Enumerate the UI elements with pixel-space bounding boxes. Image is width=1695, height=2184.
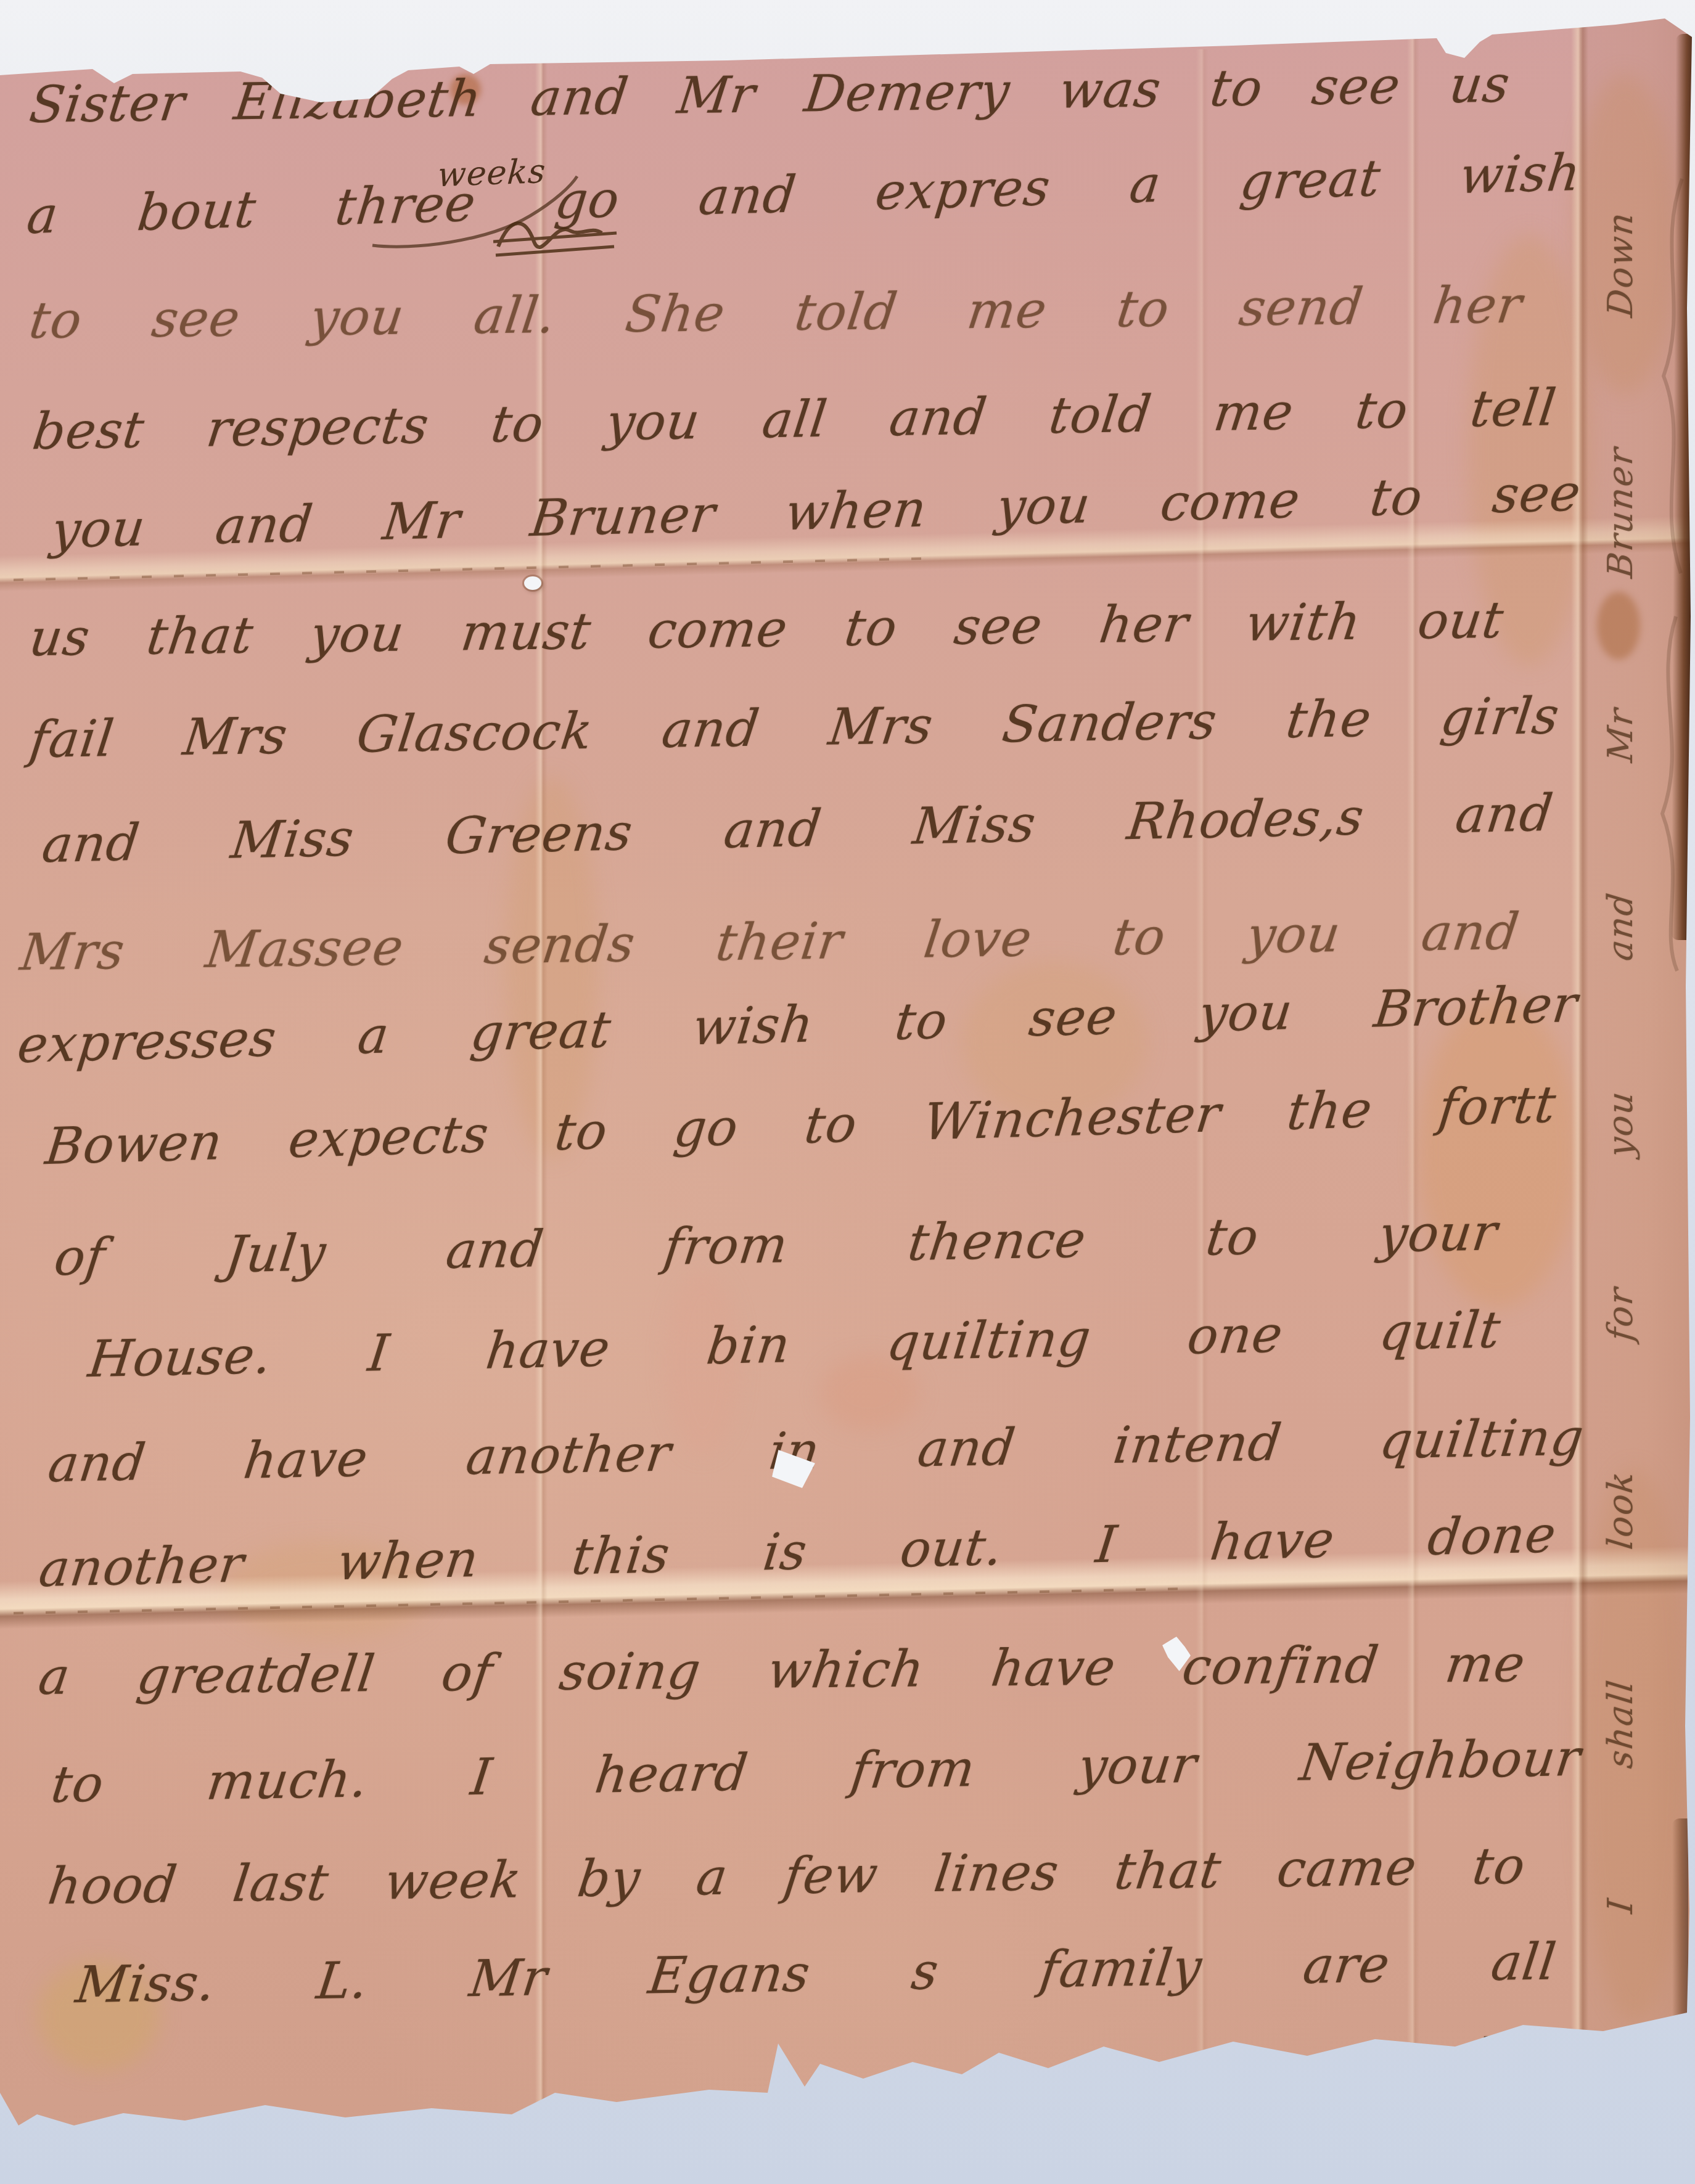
handwritten-line: fail Mrs Glascock and Mrs Sanders the gi…: [26, 685, 1562, 772]
handwritten-line: to see you all. She told me to send her: [26, 274, 1526, 353]
handwritten-line: House. I have bin quilting one quilt: [85, 1299, 1504, 1392]
handwritten-line: us that you must come to see her with ou…: [26, 589, 1508, 671]
letter-paper: Sister Elizabeth and Mr Demery was to se…: [0, 0, 1695, 2184]
page-edge-curl: [1671, 34, 1694, 940]
page-edge-curl: [1672, 1818, 1688, 2022]
handwritten-line: hood last week by a few lines that came …: [44, 1835, 1529, 1919]
handwritten-line-closing: well: [1398, 2024, 1603, 2091]
handwritten-line: and Miss Greens and Miss Rhodes,s and: [39, 782, 1557, 877]
handwritten-line: best respects to you all and told me to …: [29, 377, 1559, 464]
scanned-letter-page: Sister Elizabeth and Mr Demery was to se…: [0, 0, 1695, 2184]
handwritten-line: a greatdell of soing which have confind …: [35, 1633, 1529, 1709]
handwritten-line: Miss. L. Mr Egans s family are all: [72, 1931, 1559, 2017]
crease-fiber-marks: [0, 557, 938, 583]
handwritten-line: expresses a great wish to see you Brothe…: [14, 973, 1581, 1078]
handwritten-line: of July and from thence to your: [51, 1201, 1501, 1290]
handwritten-line: to much. I heard from your Neighbour: [47, 1727, 1584, 1817]
paper-hole: [524, 576, 541, 590]
handwritten-line: Mrs Massee sends their love to you and: [17, 901, 1523, 985]
strikethrough-scribble: [493, 203, 635, 277]
handwritten-line: Bowen expects to go to Winchester the fo…: [42, 1074, 1559, 1179]
margin-note: I shall look for you and Mr Bruner Down: [1601, 210, 1641, 1915]
vertical-fold-crease: [535, 62, 548, 2121]
handwritten-line: Sister Elizabeth and Mr Demery was to se…: [26, 53, 1514, 137]
handwritten-line: a bout three go and expres a great wish: [23, 142, 1584, 248]
handwritten-line: and have another in and intend quilting: [44, 1407, 1587, 1497]
